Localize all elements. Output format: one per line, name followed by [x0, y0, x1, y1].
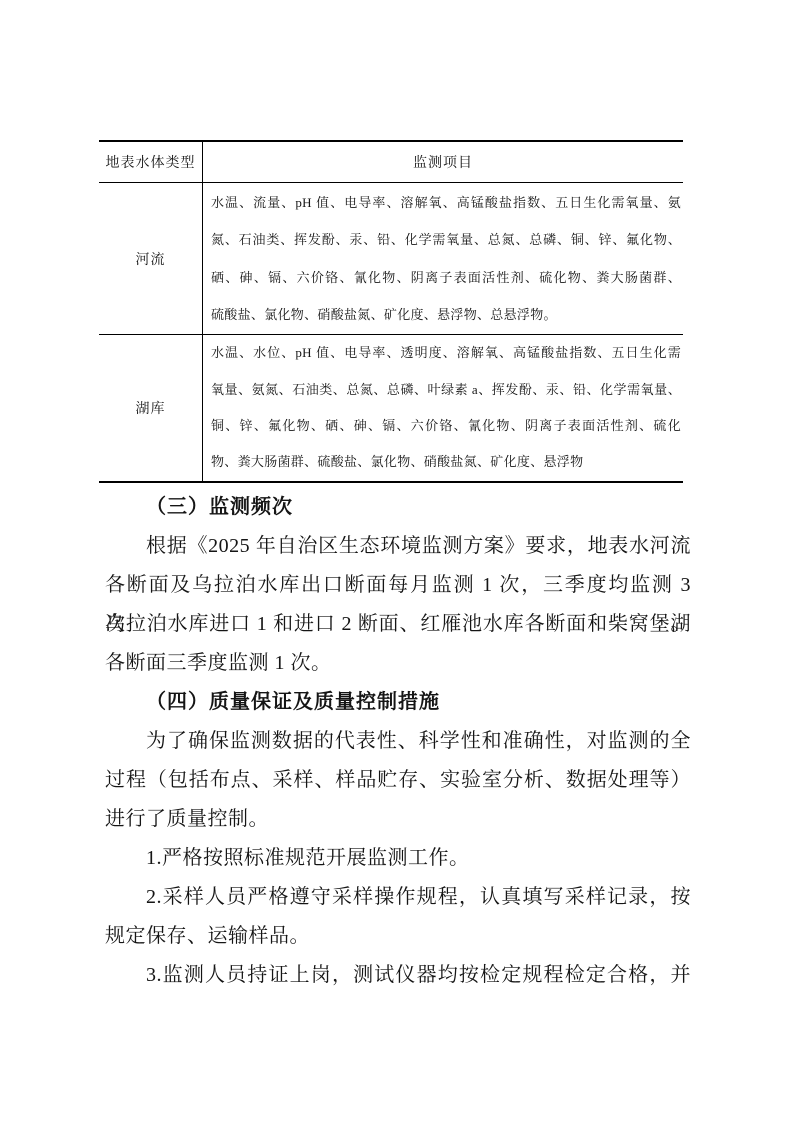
water-body-type-cell: 河流 — [99, 183, 203, 334]
body-line: 1.严格按照标准规范开展监测工作。 — [105, 839, 691, 878]
monitoring-items-cell: 水温、流量、pH 值、电导率、溶解氧、高锰酸盐指数、五日生化需氧量、氨氮、石油类… — [203, 183, 683, 334]
table-header-row: 地表水体类型 监测项目 — [99, 142, 683, 183]
body-line: 各断面及乌拉泊水库出口断面每月监测 1 次，三季度均监测 3 次。 — [105, 566, 691, 605]
monitoring-items-line: 水温、流量、pH 值、电导率、溶解氧、高锰酸盐指数、五日生化需氧量、氨 — [211, 184, 681, 221]
monitoring-items-table: 地表水体类型 监测项目 河流 水温、流量、pH 值、电导率、溶解氧、高锰酸盐指数… — [99, 140, 683, 483]
water-body-type-header: 地表水体类型 — [99, 142, 203, 182]
monitoring-items-line: 氧量、氨氮、石油类、总氮、总磷、叶绿素 a、挥发酚、汞、铅、化学需氧量、 — [211, 372, 681, 408]
body-line: 乌拉泊水库进口 1 和进口 2 断面、红雁池水库各断面和柴窝堡湖 — [105, 605, 691, 644]
monitoring-items-line: 硫酸盐、氯化物、硝酸盐氮、矿化度、悬浮物、总悬浮物。 — [211, 296, 681, 333]
water-body-type-cell: 湖库 — [99, 335, 203, 481]
body-line: 过程（包括布点、采样、样品贮存、实验室分析、数据处理等） — [105, 761, 691, 800]
body-line: 进行了质量控制。 — [105, 800, 691, 839]
body-line: 规定保存、运输样品。 — [105, 917, 691, 956]
body-line: 3.监测人员持证上岗，测试仪器均按检定规程检定合格，并 — [105, 956, 691, 995]
monitoring-items-header: 监测项目 — [203, 142, 683, 182]
monitoring-items-line: 铜、锌、氟化物、硒、砷、镉、六价铬、氰化物、阴离子表面活性剂、硫化 — [211, 408, 681, 444]
document-page: 地表水体类型 监测项目 河流 水温、流量、pH 值、电导率、溶解氧、高锰酸盐指数… — [0, 0, 793, 1122]
table-row: 湖库 水温、水位、pH 值、电导率、透明度、溶解氧、高锰酸盐指数、五日生化需氧量… — [99, 335, 683, 481]
body-line: 为了确保监测数据的代表性、科学性和准确性，对监测的全 — [105, 722, 691, 761]
monitoring-items-line: 氮、石油类、挥发酚、汞、铅、化学需氧量、总氮、总磷、铜、锌、氟化物、 — [211, 221, 681, 258]
body-line: 各断面三季度监测 1 次。 — [105, 644, 691, 683]
body-line: 2.采样人员严格遵守采样操作规程，认真填写采样记录，按 — [105, 878, 691, 917]
monitoring-items-line: 水温、水位、pH 值、电导率、透明度、溶解氧、高锰酸盐指数、五日生化需 — [211, 335, 681, 371]
monitoring-items-line: 物、粪大肠菌群、硫酸盐、氯化物、硝酸盐氮、矿化度、悬浮物 — [211, 444, 681, 480]
body-line: 根据《2025 年自治区生态环境监测方案》要求，地表水河流 — [105, 527, 691, 566]
table-rows: 河流 水温、流量、pH 值、电导率、溶解氧、高锰酸盐指数、五日生化需氧量、氨氮、… — [99, 183, 683, 481]
table-row: 河流 水温、流量、pH 值、电导率、溶解氧、高锰酸盐指数、五日生化需氧量、氨氮、… — [99, 183, 683, 335]
monitoring-items-line: 硒、砷、镉、六价铬、氰化物、阴离子表面活性剂、硫化物、粪大肠菌群、 — [211, 259, 681, 296]
body-text: （三）监测频次根据《2025 年自治区生态环境监测方案》要求，地表水河流各断面及… — [105, 488, 691, 995]
monitoring-items-cell: 水温、水位、pH 值、电导率、透明度、溶解氧、高锰酸盐指数、五日生化需氧量、氨氮… — [203, 335, 683, 481]
section-heading: （四）质量保证及质量控制措施 — [105, 683, 691, 722]
section-heading: （三）监测频次 — [105, 488, 691, 527]
